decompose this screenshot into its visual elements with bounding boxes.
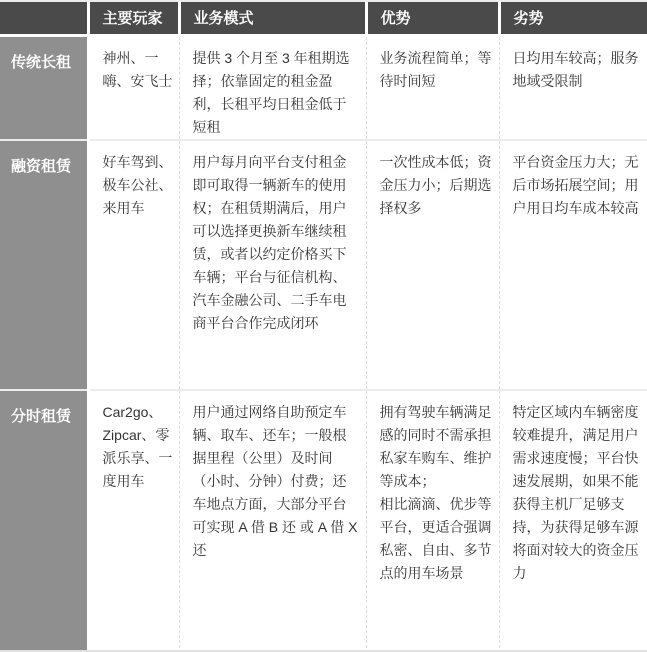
cell-business-model: 提供 3 个月至 3 年租期选择；依靠固定的租金盈利，长租平均日租金低于短租 — [179, 35, 366, 140]
cell-players: Car2go、Zipcar、零派乐享、一度用车 — [88, 390, 179, 652]
table-row-finance-lease: 融资租赁 好车驾到、极车公社、来用车 用户每月向平台支付租金即可取得一辆新车的使… — [0, 140, 647, 390]
cell-cons: 特定区域内车辆密度较难提升，满足用户需求速度慢；平台快速发展期，如果不能获得主机… — [499, 390, 647, 652]
column-header-empty — [0, 2, 88, 35]
column-header-players: 主要玩家 — [88, 2, 179, 35]
cell-business-model: 用户通过网络自助预定车辆、取车、还车；一般根据里程（公里）及时间（小时、分钟）付… — [179, 390, 366, 652]
table-row-time-sharing: 分时租赁 Car2go、Zipcar、零派乐享、一度用车 用户通过网络自助预定车… — [0, 390, 647, 652]
cell-pros: 一次性成本低；资金压力小；后期选择权多 — [366, 140, 499, 390]
cell-cons: 平台资金压力大；无后市场拓展空间；用户用日均车成本较高 — [499, 140, 647, 390]
cell-pros: 业务流程简单；等待时间短 — [366, 35, 499, 140]
rental-comparison-table: 主要玩家 业务模式 优势 劣势 传统长租 神州、一嗨、安飞士 提供 3 个月至 … — [0, 2, 647, 652]
column-header-cons: 劣势 — [499, 2, 647, 35]
cell-players: 神州、一嗨、安飞士 — [88, 35, 179, 140]
column-header-pros: 优势 — [366, 2, 499, 35]
cell-business-model: 用户每月向平台支付租金即可取得一辆新车的使用权；在租赁期满后，用户可以选择更换新… — [179, 140, 366, 390]
rental-comparison-table-wrap: 主要玩家 业务模式 优势 劣势 传统长租 神州、一嗨、安飞士 提供 3 个月至 … — [0, 0, 647, 652]
column-header-business-model: 业务模式 — [179, 2, 366, 35]
cell-pros: 拥有驾驶车辆满足感的同时不需承担私家车购车、维护等成本； 相比滴滴、优步等平台，… — [366, 390, 499, 652]
header-row: 主要玩家 业务模式 优势 劣势 — [0, 2, 647, 35]
row-label-time-sharing: 分时租赁 — [0, 390, 88, 652]
table-row-traditional-long-rent: 传统长租 神州、一嗨、安飞士 提供 3 个月至 3 年租期选择；依靠固定的租金盈… — [0, 35, 647, 140]
row-label-traditional-long-rent: 传统长租 — [0, 35, 88, 140]
cell-players: 好车驾到、极车公社、来用车 — [88, 140, 179, 390]
row-label-finance-lease: 融资租赁 — [0, 140, 88, 390]
cell-cons: 日均用车较高；服务地域受限制 — [499, 35, 647, 140]
